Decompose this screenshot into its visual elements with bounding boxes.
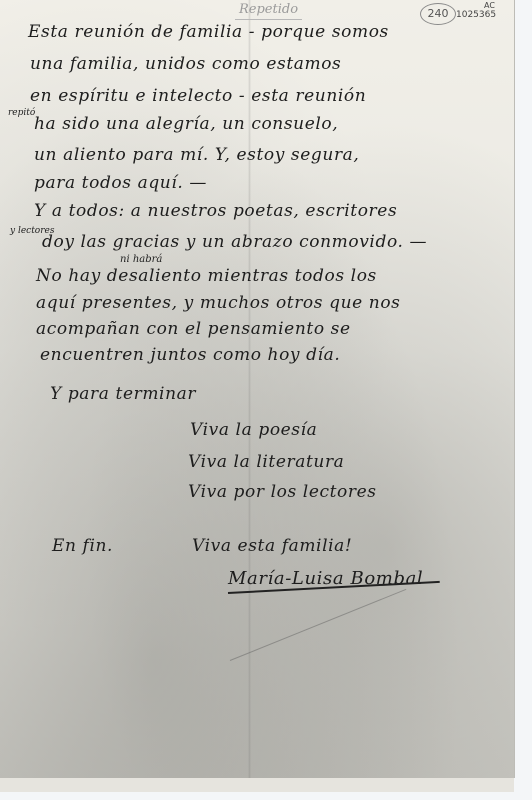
- letter-line-12: encuentren juntos como hoy día.: [40, 345, 340, 365]
- letter-page: Repetido 240 AC 1025365 Esta reunión de …: [0, 0, 515, 778]
- paper-crease: [230, 589, 407, 661]
- archive-superscript: AC: [484, 1, 495, 10]
- paper-bottom-edge: [0, 778, 514, 792]
- letter-line-4: ha sido una alegría, un consuelo,: [34, 114, 338, 134]
- letter-line-1: Esta reunión de familia - porque somos: [28, 22, 389, 42]
- letter-line-8: doy las gracias y un abrazo conmovido. —: [42, 232, 427, 252]
- margin-note-repito: repitó: [8, 108, 35, 118]
- letter-line-10: aquí presentes, y muchos otros que nos: [36, 293, 401, 313]
- en-fin-text: En fin.: [52, 536, 113, 556]
- letter-line-9: No hay desaliento mientras todos los: [36, 266, 377, 286]
- letter-line-6: para todos aquí. —: [34, 173, 207, 193]
- letter-line-7: Y a todos: a nuestros poetas, escritores: [34, 201, 397, 221]
- letter-line-5: un aliento para mí. Y, estoy segura,: [34, 145, 359, 165]
- letter-line-3: en espíritu e intelecto - esta reunión: [30, 86, 366, 106]
- letter-line-2: una familia, unidos como estamos: [30, 54, 341, 74]
- interlinear-note-ni-habra: ni habrá: [120, 254, 162, 265]
- pencil-annotation: Repetido: [235, 2, 302, 20]
- closing-intro: Y para terminar: [50, 384, 196, 404]
- viva-line-2: Viva la literatura: [188, 452, 344, 472]
- archive-circle-number: 240: [420, 3, 456, 25]
- letter-line-11: acompañan con el pensamiento se: [36, 319, 351, 339]
- viva-line-1: Viva la poesía: [190, 420, 317, 440]
- archive-number: 1025365: [456, 10, 496, 20]
- final-viva-line: Viva esta familia!: [192, 536, 352, 556]
- viva-line-3: Viva por los lectores: [188, 482, 377, 502]
